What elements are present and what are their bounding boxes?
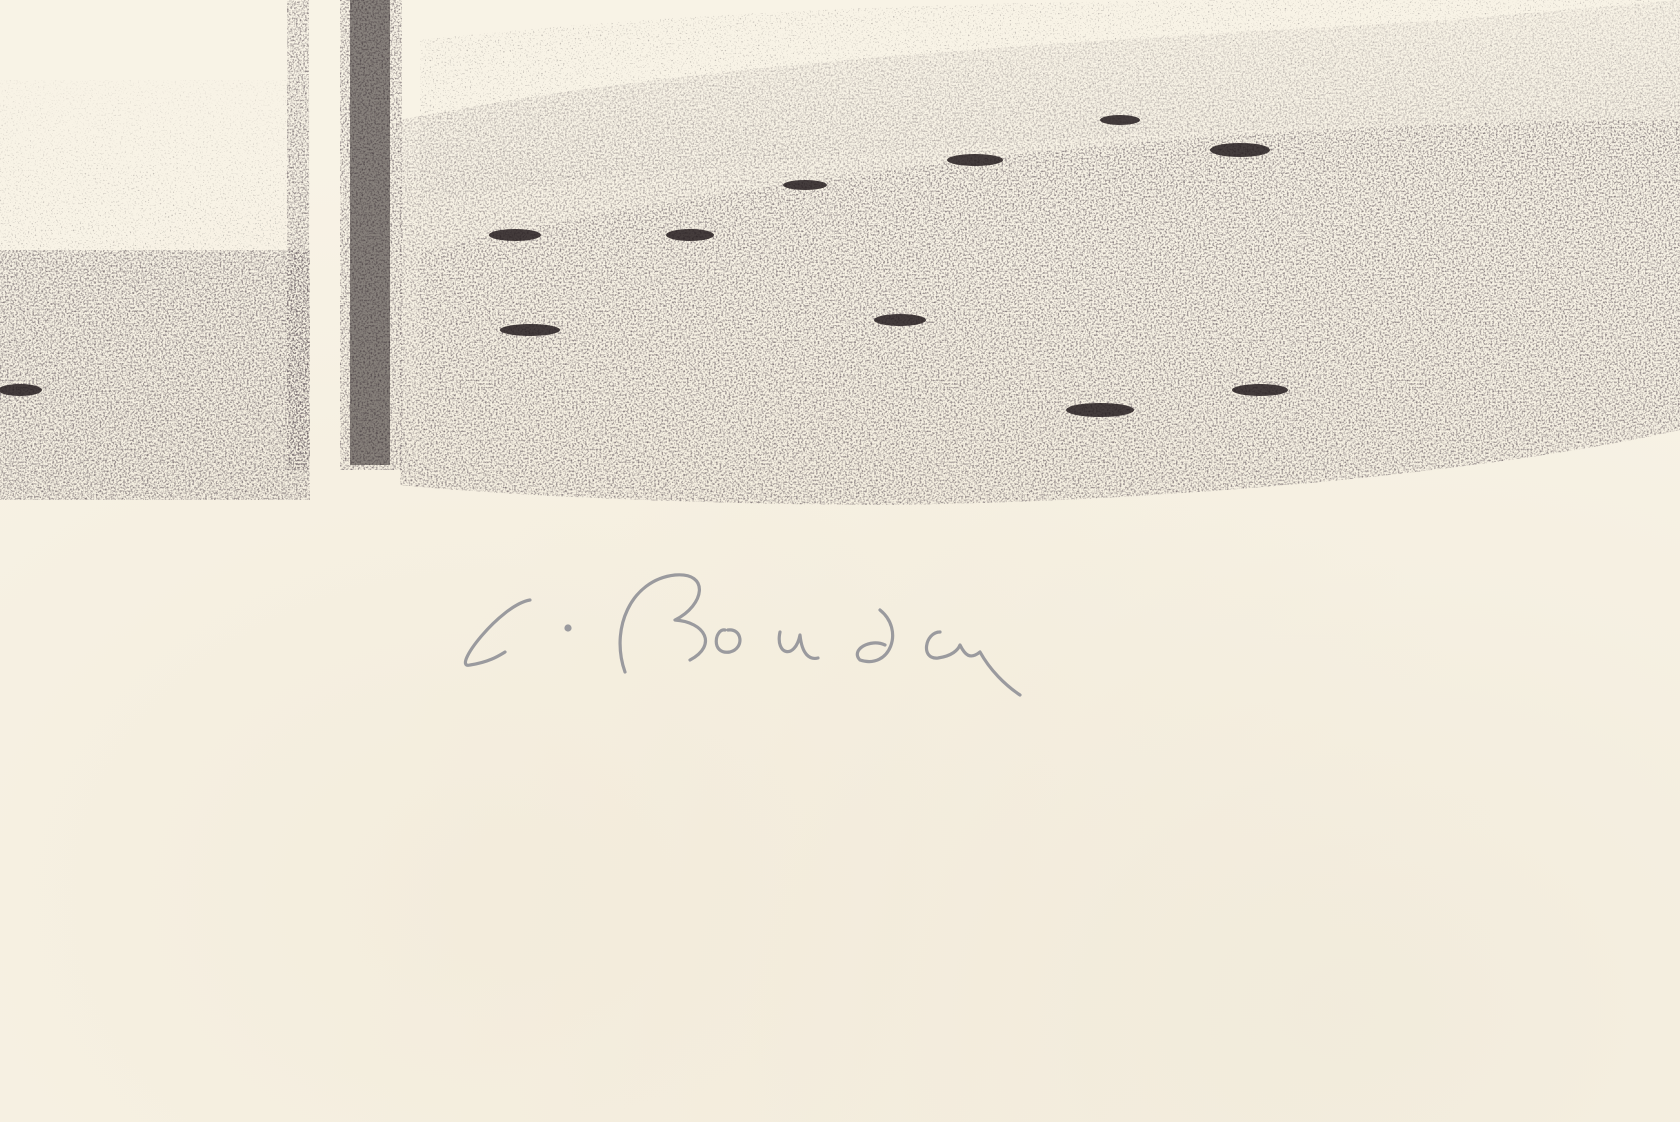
lithograph-image-area: [0, 0, 1680, 560]
pencil-signature: C. Baudo: [460, 560, 1160, 740]
thin-post: [287, 0, 309, 470]
signature-text: C. Baudo: [460, 560, 520, 564]
